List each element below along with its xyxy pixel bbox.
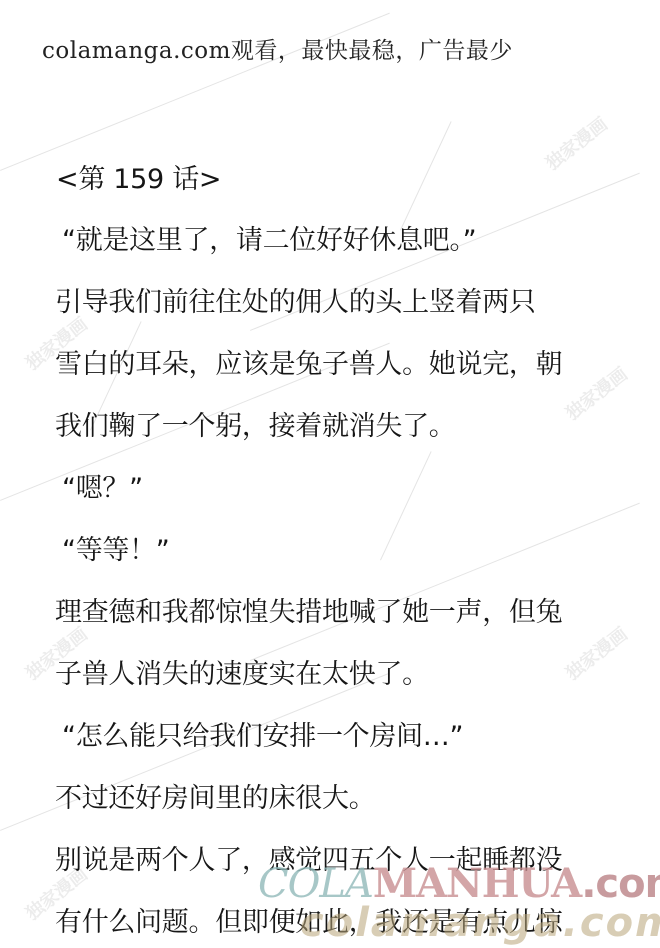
paragraph: “等等！”: [62, 528, 169, 567]
paragraph: “就是这里了，请二位好好休息吧。”: [62, 218, 476, 257]
watermark-line: [250, 503, 640, 661]
watermark-tile: 独家漫画: [560, 621, 633, 686]
paragraph: 我们鞠了一个躬，接着就消失了。: [55, 404, 456, 443]
paragraph: 雪白的耳朵，应该是兔子兽人。她说完，朝: [55, 342, 562, 381]
paragraph: “嗯？”: [62, 466, 143, 505]
watermark-line: [400, 121, 452, 230]
paragraph: 不过还好房间里的床很大。: [55, 776, 375, 815]
site-notice: colamanga.com观看，最快最稳，广告最少: [42, 32, 513, 65]
watermark-line: [380, 451, 432, 560]
brand-overlay-watermark: colamanga.com: [300, 900, 660, 946]
paragraph: “怎么能只给我们安排一个房间…”: [62, 714, 463, 753]
chapter-title: <第 159 话>: [56, 157, 221, 196]
paragraph: 理查德和我都惊惶失措地喊了她一声，但兔: [55, 590, 562, 629]
paragraph: 引导我们前往住处的佣人的头上竖着两只: [55, 280, 536, 319]
paragraph: 子兽人消失的速度实在太快了。: [55, 652, 429, 691]
watermark-tile: 独家漫画: [540, 111, 613, 176]
watermark-tile: 独家漫画: [560, 361, 633, 426]
